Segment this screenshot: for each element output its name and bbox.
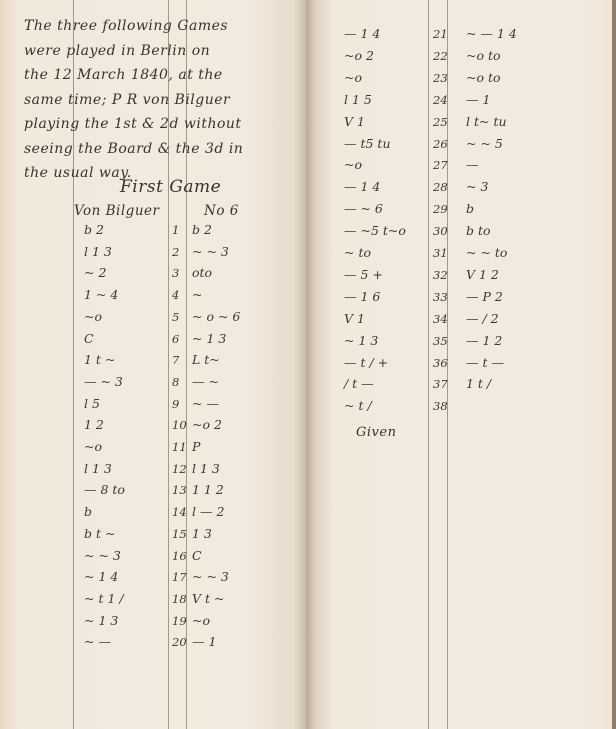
black-move: — 1 bbox=[466, 92, 490, 112]
move-number: 37 bbox=[433, 377, 448, 391]
move-number: 31 bbox=[433, 246, 448, 260]
white-move: ~ t 1 / bbox=[84, 591, 124, 611]
move-number: 22 bbox=[433, 49, 448, 63]
black-move: — bbox=[466, 157, 479, 177]
move-number: 25 bbox=[433, 115, 448, 129]
move-number: 2 bbox=[172, 245, 179, 259]
black-move: V 1 2 bbox=[466, 267, 499, 287]
black-move: ~ 3 bbox=[466, 179, 488, 199]
white-move: ~ — bbox=[84, 634, 111, 654]
white-player-header: Von Bilguer bbox=[74, 203, 159, 219]
intro-line: playing the 1st & 2d without bbox=[24, 112, 243, 137]
right-page: — 1 421~ — 1 4~o 222~o to~o23~o tol 1 52… bbox=[306, 0, 612, 729]
white-move: ~ 1 4 bbox=[84, 569, 118, 589]
white-move: b bbox=[84, 504, 92, 524]
white-move: l 1 3 bbox=[84, 461, 112, 481]
move-number: 5 bbox=[172, 310, 179, 324]
black-move: ~o to bbox=[466, 70, 501, 90]
white-move: C bbox=[84, 331, 94, 351]
intro-line: The three following Games bbox=[24, 14, 243, 39]
move-number: 17 bbox=[172, 570, 187, 584]
move-number: 28 bbox=[433, 180, 448, 194]
white-move: ~ to bbox=[344, 245, 371, 265]
move-number: 18 bbox=[172, 592, 187, 606]
move-number: 33 bbox=[433, 290, 448, 304]
white-move: V 1 bbox=[344, 114, 365, 134]
black-move: ~ 1 3 bbox=[192, 331, 226, 351]
black-move: ~ ~ 3 bbox=[192, 569, 229, 589]
move-number: 11 bbox=[172, 440, 187, 454]
white-move: l 1 3 bbox=[84, 244, 112, 264]
move-number: 9 bbox=[172, 397, 179, 411]
intro-line: were played in Berlin on bbox=[24, 39, 243, 64]
black-move: — / 2 bbox=[466, 311, 499, 331]
white-move: ~o bbox=[344, 70, 362, 90]
black-move: ~ ~ 3 bbox=[192, 244, 229, 264]
black-move: 1 1 2 bbox=[192, 482, 224, 502]
move-number: 36 bbox=[433, 356, 448, 370]
white-move: 1 t ~ bbox=[84, 352, 115, 372]
black-move: ~o bbox=[192, 613, 210, 633]
black-player-header: No 6 bbox=[204, 203, 239, 219]
black-move: ~ — 1 4 bbox=[466, 26, 517, 46]
white-move: — 8 to bbox=[84, 482, 125, 502]
move-number: 12 bbox=[172, 462, 187, 476]
black-move: P bbox=[192, 439, 200, 459]
white-move: — ~5 t~o bbox=[344, 223, 406, 243]
white-move: 1 ~ 4 bbox=[84, 287, 118, 307]
move-number: 26 bbox=[433, 137, 448, 151]
move-number: 20 bbox=[172, 635, 187, 649]
white-move: ~o bbox=[344, 157, 362, 177]
black-move: b bbox=[466, 201, 474, 221]
white-move: — t5 tu bbox=[344, 136, 391, 156]
black-move: 1 3 bbox=[192, 526, 212, 546]
move-number: 34 bbox=[433, 312, 448, 326]
intro-line: same time; P R von Bilguer bbox=[24, 88, 243, 113]
move-number: 32 bbox=[433, 268, 448, 282]
black-move: — 1 bbox=[192, 634, 216, 654]
white-move: ~ 2 bbox=[84, 265, 106, 285]
intro-line: seeing the Board & the 3d in bbox=[24, 137, 243, 162]
white-move: ~ 1 3 bbox=[84, 613, 118, 633]
move-number: 38 bbox=[433, 399, 448, 413]
black-move: ~ bbox=[192, 287, 202, 307]
white-move: — ~ 3 bbox=[84, 374, 123, 394]
black-move: L t~ bbox=[192, 352, 220, 372]
move-number: 27 bbox=[433, 158, 448, 172]
white-move: l 5 bbox=[84, 396, 100, 416]
black-move: ~ o ~ 6 bbox=[192, 309, 240, 329]
white-move: — ~ 6 bbox=[344, 201, 383, 221]
black-move: V t ~ bbox=[192, 591, 224, 611]
notebook-spread: The three following Games were played in… bbox=[0, 0, 616, 729]
move-number: 24 bbox=[433, 93, 448, 107]
white-move: — 1 6 bbox=[344, 289, 380, 309]
white-move: ~o bbox=[84, 309, 102, 329]
black-move: ~ — bbox=[192, 396, 219, 416]
intro-line: the 12 March 1840, at the bbox=[24, 63, 243, 88]
move-number: 4 bbox=[172, 288, 179, 302]
move-number: 3 bbox=[172, 266, 179, 280]
white-move: — t / + bbox=[344, 355, 388, 375]
black-move: ~ ~ 5 bbox=[466, 136, 503, 156]
move-number: 15 bbox=[172, 527, 187, 541]
move-number: 19 bbox=[172, 614, 187, 628]
black-move: — P 2 bbox=[466, 289, 503, 309]
white-move: ~ 1 3 bbox=[344, 333, 378, 353]
intro-paragraph: The three following Games were played in… bbox=[24, 14, 243, 186]
white-move: l 1 5 bbox=[344, 92, 372, 112]
move-number: 6 bbox=[172, 332, 179, 346]
number-column-rule-left bbox=[428, 0, 429, 729]
move-number: 21 bbox=[433, 27, 448, 41]
black-move: — t — bbox=[466, 355, 504, 375]
move-number: 7 bbox=[172, 353, 179, 367]
white-move: ~o 2 bbox=[344, 48, 374, 68]
white-move: — 5 + bbox=[344, 267, 383, 287]
page-edge bbox=[612, 0, 616, 729]
black-move: ~o 2 bbox=[192, 417, 222, 437]
white-move: — 1 4 bbox=[344, 179, 380, 199]
black-move: — ~ bbox=[192, 374, 219, 394]
white-move: b 2 bbox=[84, 222, 104, 242]
black-move: — 1 2 bbox=[466, 333, 502, 353]
move-number: 30 bbox=[433, 224, 448, 238]
move-number: 35 bbox=[433, 334, 448, 348]
black-move: C bbox=[192, 548, 202, 568]
move-number: 1 bbox=[172, 223, 179, 237]
move-number: 29 bbox=[433, 202, 448, 216]
white-move: V 1 bbox=[344, 311, 365, 331]
white-move: / t — bbox=[344, 376, 374, 396]
left-page: The three following Games were played in… bbox=[0, 0, 306, 729]
black-move: ~o to bbox=[466, 48, 501, 68]
white-move: ~ t / bbox=[344, 398, 372, 418]
white-move: ~o bbox=[84, 439, 102, 459]
move-number: 14 bbox=[172, 505, 187, 519]
black-move: l — 2 bbox=[192, 504, 224, 524]
black-move: b to bbox=[466, 223, 491, 243]
game-title: First Game bbox=[120, 177, 221, 197]
black-move: l t~ tu bbox=[466, 114, 507, 134]
white-move: 1 2 bbox=[84, 417, 104, 437]
white-move: b t ~ bbox=[84, 526, 115, 546]
black-move: 1 t / bbox=[466, 376, 491, 396]
black-move: oto bbox=[192, 265, 212, 285]
move-number: 23 bbox=[433, 71, 448, 85]
move-number: 16 bbox=[172, 549, 187, 563]
game-result: Given bbox=[356, 425, 396, 440]
move-number: 13 bbox=[172, 483, 187, 497]
black-move: ~ ~ to bbox=[466, 245, 507, 265]
black-move: l 1 3 bbox=[192, 461, 220, 481]
move-number: 10 bbox=[172, 418, 187, 432]
white-move: ~ ~ 3 bbox=[84, 548, 121, 568]
black-move: b 2 bbox=[192, 222, 212, 242]
white-move: — 1 4 bbox=[344, 26, 380, 46]
move-number: 8 bbox=[172, 375, 179, 389]
